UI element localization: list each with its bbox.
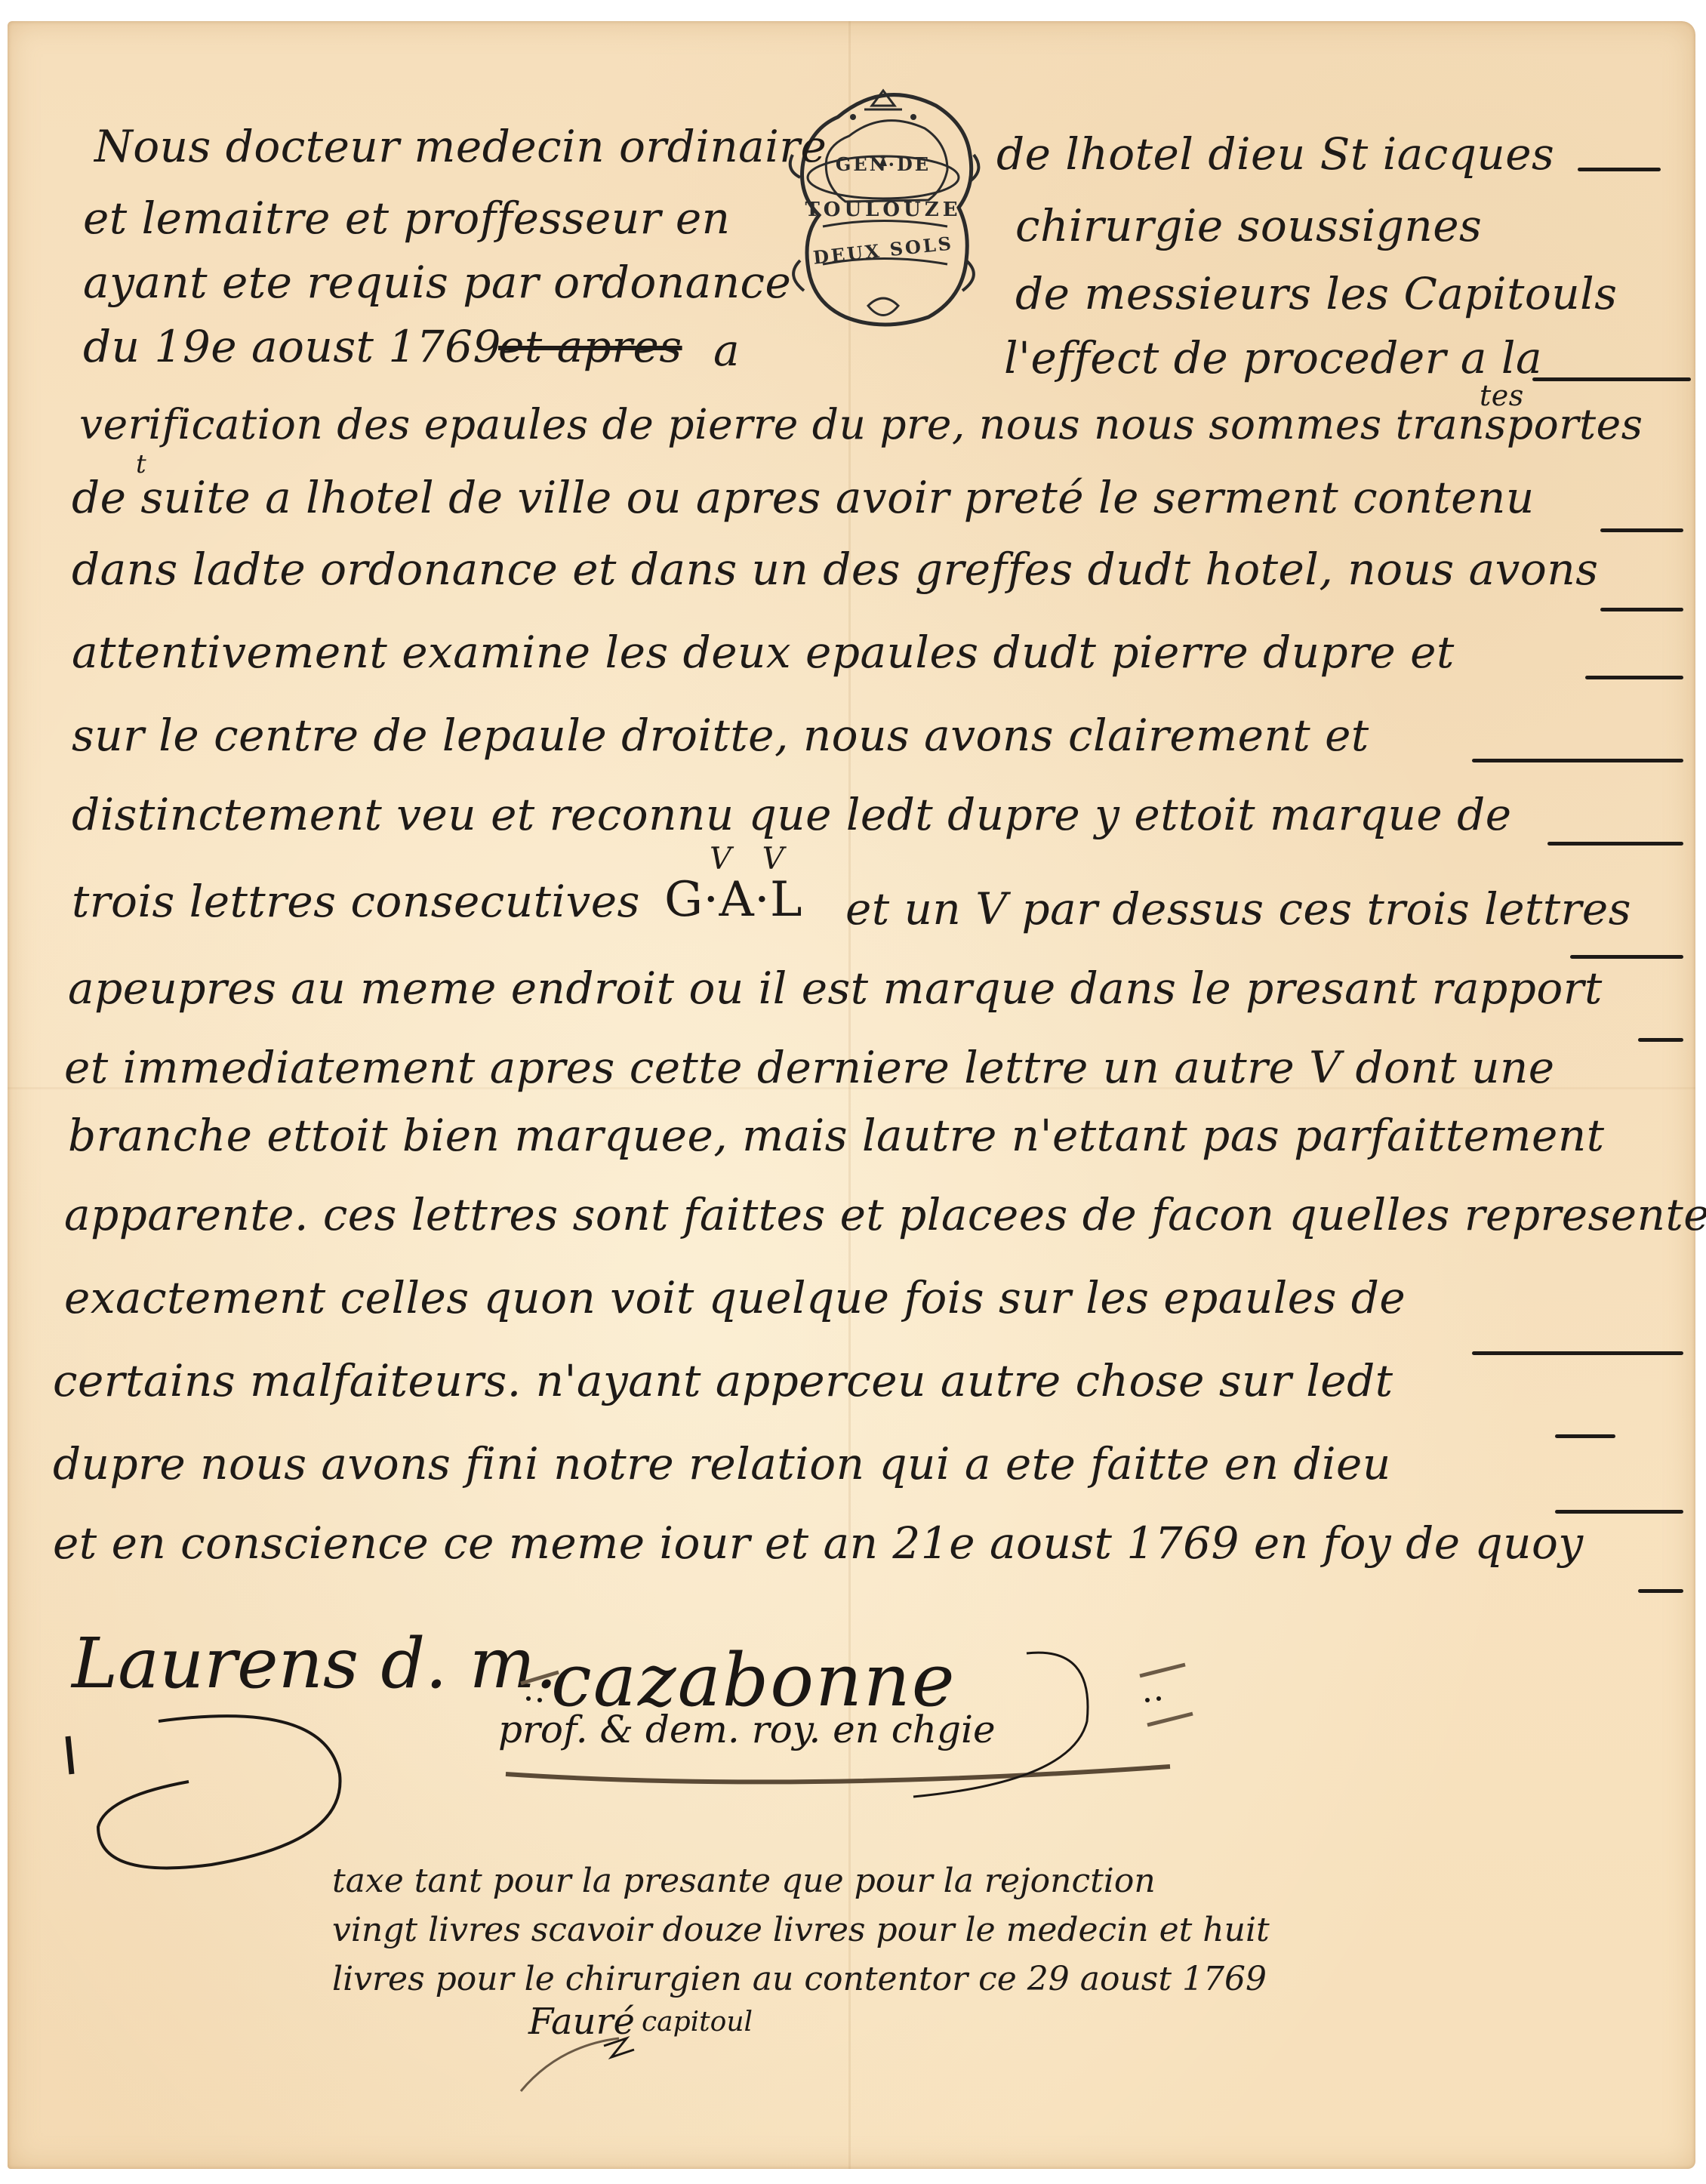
- body-line-4b: a: [713, 328, 740, 372]
- body-line-1a: Nous docteur medecin ordinaire: [94, 125, 827, 168]
- body-line-2b: chirurgie soussignes: [1015, 204, 1482, 248]
- note-line-1: taxe tant pour la presante que pour la r…: [332, 1865, 1156, 1898]
- tax-stamp: GEN·DE TOULOUZE DEUX SOLS: [778, 64, 989, 336]
- body-line-1b: de lhotel dieu St iacques: [996, 132, 1554, 176]
- body-line-12: apeupres au meme endroit ou il est marqu…: [68, 966, 1603, 1010]
- body-line-13: et immediatement apres cette derniere le…: [64, 1046, 1555, 1089]
- line-filler-dash: [1585, 676, 1683, 679]
- line-filler-dash: [1570, 955, 1683, 959]
- body-line-3a: ayant ete requis par ordonance: [83, 260, 791, 304]
- note-line-3: livres pour le chirurgien au contentor c…: [332, 1963, 1267, 1996]
- line-filler-dash: [1578, 168, 1661, 171]
- body-line-7: dans ladte ordonance et dans un des gref…: [72, 547, 1598, 591]
- line-filler-dash: [1532, 377, 1691, 381]
- body-line-4a: du 19e aoust 1769: [83, 325, 501, 368]
- paper-fold-vertical: [848, 21, 851, 2169]
- vv-above-letters: V V: [710, 844, 795, 874]
- stamp-line-2: TOULOUZE: [778, 199, 989, 221]
- body-line-8: attentivement examine les deux epaules d…: [72, 630, 1455, 674]
- signature-title: prof. & dem. roy. en chgie: [498, 1708, 996, 1751]
- line-filler-dash: [1638, 1589, 1683, 1593]
- body-line-4c: l'effect de proceder a la: [1004, 336, 1542, 380]
- body-line-10: distinctement veu et reconnu que ledt du…: [72, 793, 1512, 836]
- body-line-11b: et un V par dessus ces trois lettres: [845, 887, 1631, 931]
- line-filler-dash: [1600, 528, 1683, 532]
- body-line-15: apparente. ces lettres sont faittes et p…: [64, 1193, 1706, 1237]
- body-line-9: sur le centre de lepaule droitte, nous a…: [72, 713, 1369, 757]
- body-line-14: branche ettoit bien marquee, mais lautre…: [68, 1114, 1605, 1157]
- body-line-19: et en conscience ce meme iour et an 21e …: [53, 1521, 1584, 1565]
- struck-text: et apres: [498, 325, 682, 368]
- line-filler-dash: [1638, 1038, 1683, 1042]
- line-filler-dash: [1555, 1510, 1683, 1514]
- body-line-16: exactement celles quon voit quelque fois…: [64, 1276, 1406, 1320]
- body-line-5: verification des epaules de pierre du pr…: [79, 404, 1643, 445]
- body-line-11a: trois lettres consecutives: [72, 879, 640, 923]
- body-line-2a: et lemaitre et proffesseur en: [83, 196, 731, 240]
- line-filler-dash: [1600, 608, 1683, 611]
- note-signature-flourish-icon: [513, 2016, 664, 2099]
- line-filler-dash: [1555, 1434, 1615, 1438]
- line-filler-dash: [1472, 1351, 1683, 1355]
- body-line-6: de suite a lhotel de ville ou apres avoi…: [72, 476, 1535, 519]
- line-filler-dash: [1472, 759, 1683, 762]
- body-line-17: certains malfaiteurs. n'ayant apperceu a…: [53, 1359, 1393, 1403]
- note-line-2: vingt livres scavoir douze livres pour l…: [332, 1914, 1270, 1947]
- branded-letters-gal: G·A·L: [664, 876, 802, 924]
- signature-flourish-icon: [53, 1691, 370, 1887]
- body-line-3b: de messieurs les Capitouls: [1015, 272, 1618, 316]
- body-line-18: dupre nous avons fini notre relation qui…: [53, 1442, 1391, 1486]
- line-filler-dash: [1547, 842, 1683, 846]
